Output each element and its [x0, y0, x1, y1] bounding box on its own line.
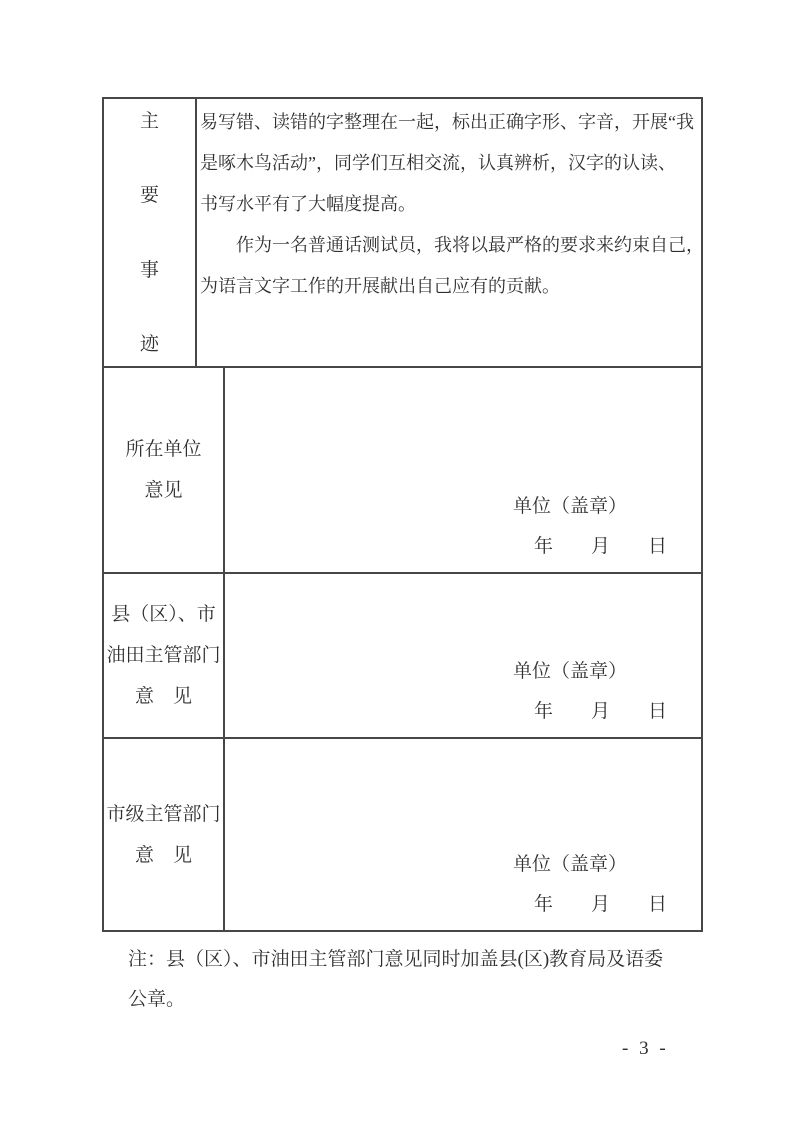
main-deeds-text: 易写错、读错的字整理在一起，标出正确字形、字音，开展“我 是啄木鸟活动”，同学们…	[197, 99, 701, 366]
county-dept-opinion-row: 县（区）、市 油田主管部门 意 见 单位（盖章） 年 月 日	[104, 572, 701, 737]
footnote: 注：县（区）、市油田主管部门意见同时加盖县(区)教育局及语委 公章。	[128, 940, 708, 1020]
city-dept-label-line: 意 见	[135, 835, 192, 876]
county-dept-label-line: 意 见	[135, 676, 192, 717]
deeds-text-line: 易写错、读错的字整理在一起，标出正确字形、字音，开展“我	[200, 102, 701, 143]
unit-opinion-label-line: 所在单位	[125, 429, 201, 470]
main-deeds-label-char: 主	[140, 112, 159, 132]
unit-date-label: 年 月 日	[225, 527, 701, 567]
city-dept-opinion-row: 市级主管部门 意 见 单位（盖章） 年 月 日	[104, 737, 701, 930]
deeds-text-line: 是啄木鸟活动”，同学们互相交流，认真辨析，汉字的认读、	[200, 143, 701, 184]
application-form-table: 主 要 事 迹 易写错、读错的字整理在一起，标出正确字形、字音，开展“我 是啄木…	[102, 97, 703, 932]
unit-seal-label: 单位（盖章）	[225, 487, 701, 527]
county-dept-opinion-area: 单位（盖章） 年 月 日	[225, 574, 701, 737]
city-dept-opinion-area: 单位（盖章） 年 月 日	[225, 739, 701, 930]
deeds-text-line: 书写水平有了大幅度提高。	[200, 184, 701, 225]
main-deeds-label-char: 事	[140, 261, 159, 281]
deeds-text-line: 作为一名普通话测试员，我将以最严格的要求来约束自己，	[200, 225, 701, 266]
county-dept-date-label: 年 月 日	[225, 692, 701, 732]
main-deeds-label: 主 要 事 迹	[104, 99, 197, 366]
city-dept-date-label: 年 月 日	[225, 885, 701, 925]
main-deeds-label-char: 迹	[140, 335, 159, 355]
unit-opinion-label-line: 意见	[144, 470, 182, 511]
county-dept-seal-label: 单位（盖章）	[225, 652, 701, 692]
footnote-line: 注：县（区）、市油田主管部门意见同时加盖县(区)教育局及语委	[128, 940, 708, 980]
county-dept-opinion-label: 县（区）、市 油田主管部门 意 见	[104, 574, 225, 737]
unit-opinion-row: 所在单位 意见 单位（盖章） 年 月 日	[104, 366, 701, 572]
county-dept-label-line: 县（区）、市	[111, 594, 216, 635]
unit-opinion-label: 所在单位 意见	[104, 368, 225, 572]
main-deeds-section: 主 要 事 迹 易写错、读错的字整理在一起，标出正确字形、字音，开展“我 是啄木…	[104, 99, 701, 366]
city-dept-label-line: 市级主管部门	[106, 794, 220, 835]
page-number: - 3 -	[622, 1038, 669, 1060]
deeds-text-line: 为语言文字工作的开展献出自己应有的贡献。	[200, 266, 701, 307]
document-page: 主 要 事 迹 易写错、读错的字整理在一起，标出正确字形、字音，开展“我 是啄木…	[0, 0, 794, 1123]
city-dept-seal-label: 单位（盖章）	[225, 845, 701, 885]
unit-opinion-area: 单位（盖章） 年 月 日	[225, 368, 701, 572]
city-dept-opinion-label: 市级主管部门 意 见	[104, 739, 225, 930]
main-deeds-label-char: 要	[140, 186, 159, 206]
footnote-line: 公章。	[128, 980, 708, 1020]
county-dept-label-line: 油田主管部门	[106, 635, 220, 676]
